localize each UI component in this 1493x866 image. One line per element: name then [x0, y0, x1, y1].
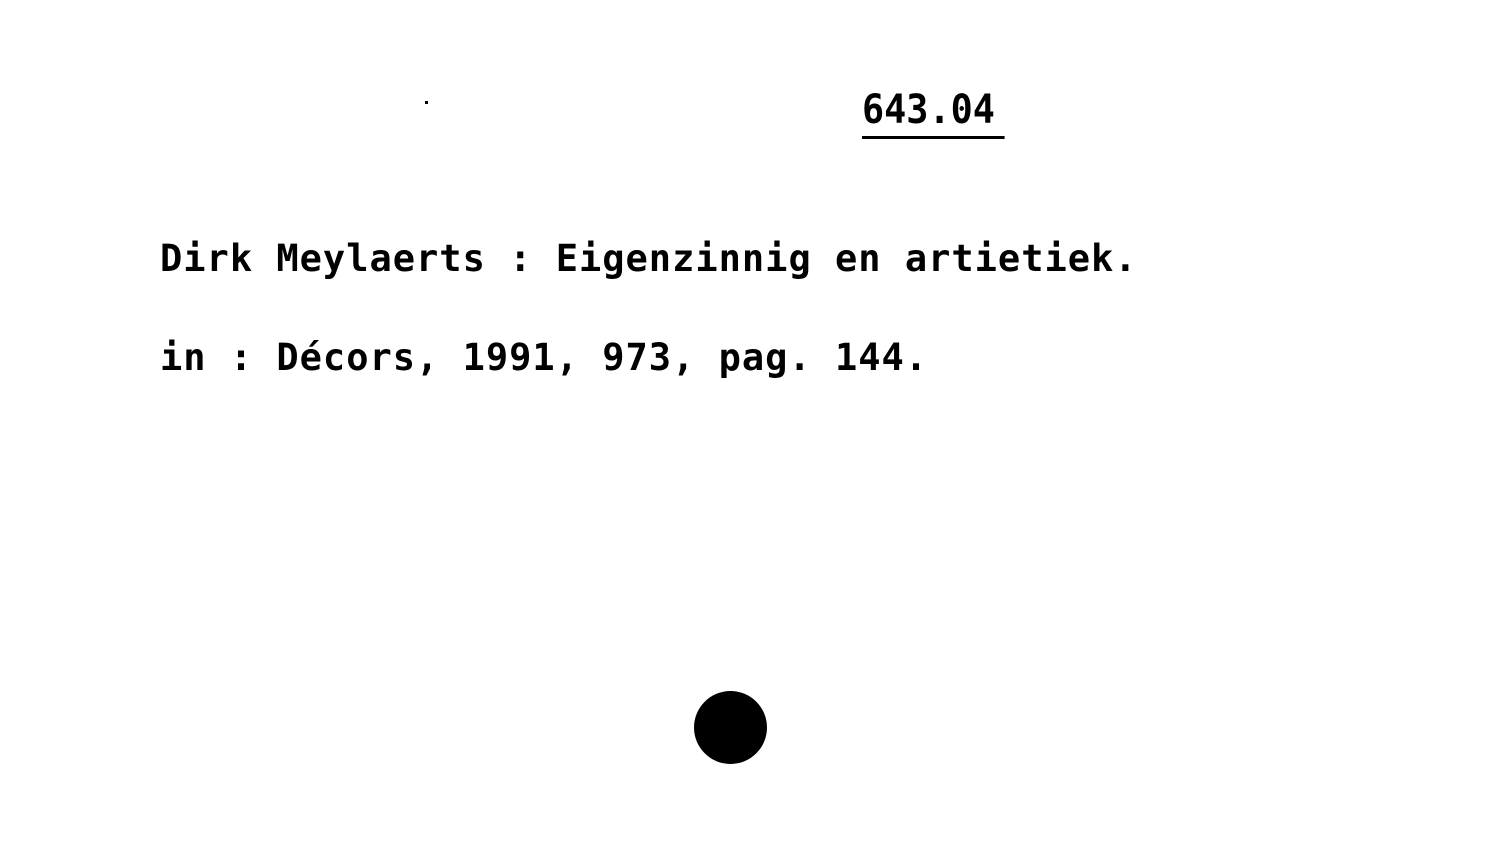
classification-number: 643.04 [862, 86, 1004, 139]
catalog-card: 643.04 Dirk Meylaerts : Eigenzinnig en a… [0, 0, 1493, 866]
punch-hole-icon [694, 691, 767, 764]
ink-speck [425, 101, 428, 104]
source-line: in : Décors, 1991, 973, pag. 144. [160, 336, 928, 380]
author-title-line: Dirk Meylaerts : Eigenzinnig en artietie… [160, 237, 1138, 281]
